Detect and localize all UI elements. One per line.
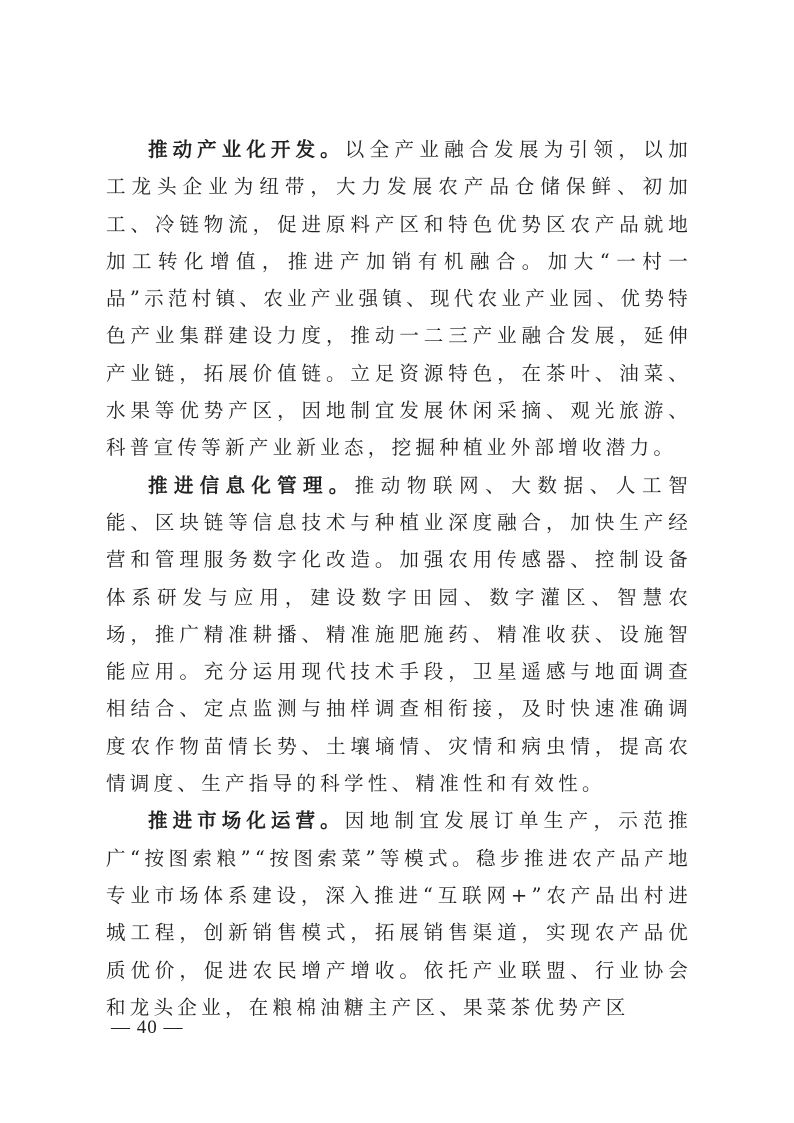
paragraph-heading: 推动产业化开发。 — [148, 138, 345, 161]
paragraph-text: 以全产业融合发展为引领，以加工龙头企业为纽带，大力发展农产品仓储保鲜、初加工、冷… — [106, 138, 692, 459]
paragraph-heading: 推进市场化运营。 — [148, 809, 345, 832]
paragraph-heading: 推进信息化管理。 — [148, 474, 355, 497]
paragraph-industrialization: 推动产业化开发。以全产业融合发展为引领，以加工龙头企业为纽带，大力发展农产品仓储… — [106, 131, 692, 467]
document-body: 推动产业化开发。以全产业融合发展为引领，以加工龙头企业为纽带，大力发展农产品仓储… — [106, 131, 692, 1026]
paragraph-text: 推动物联网、大数据、人工智能、区块链等信息技术与种植业深度融合，加快生产经营和管… — [106, 474, 692, 795]
page-number: — 40 — — [111, 1017, 184, 1039]
paragraph-informatization: 推进信息化管理。推动物联网、大数据、人工智能、区块链等信息技术与种植业深度融合，… — [106, 467, 692, 803]
paragraph-marketization: 推进市场化运营。因地制宜发展订单生产，示范推广“按图索粮”“按图索菜”等模式。稳… — [106, 802, 692, 1026]
paragraph-text: 因地制宜发展订单生产，示范推广“按图索粮”“按图索菜”等模式。稳步推进农产品产地… — [106, 809, 692, 1018]
